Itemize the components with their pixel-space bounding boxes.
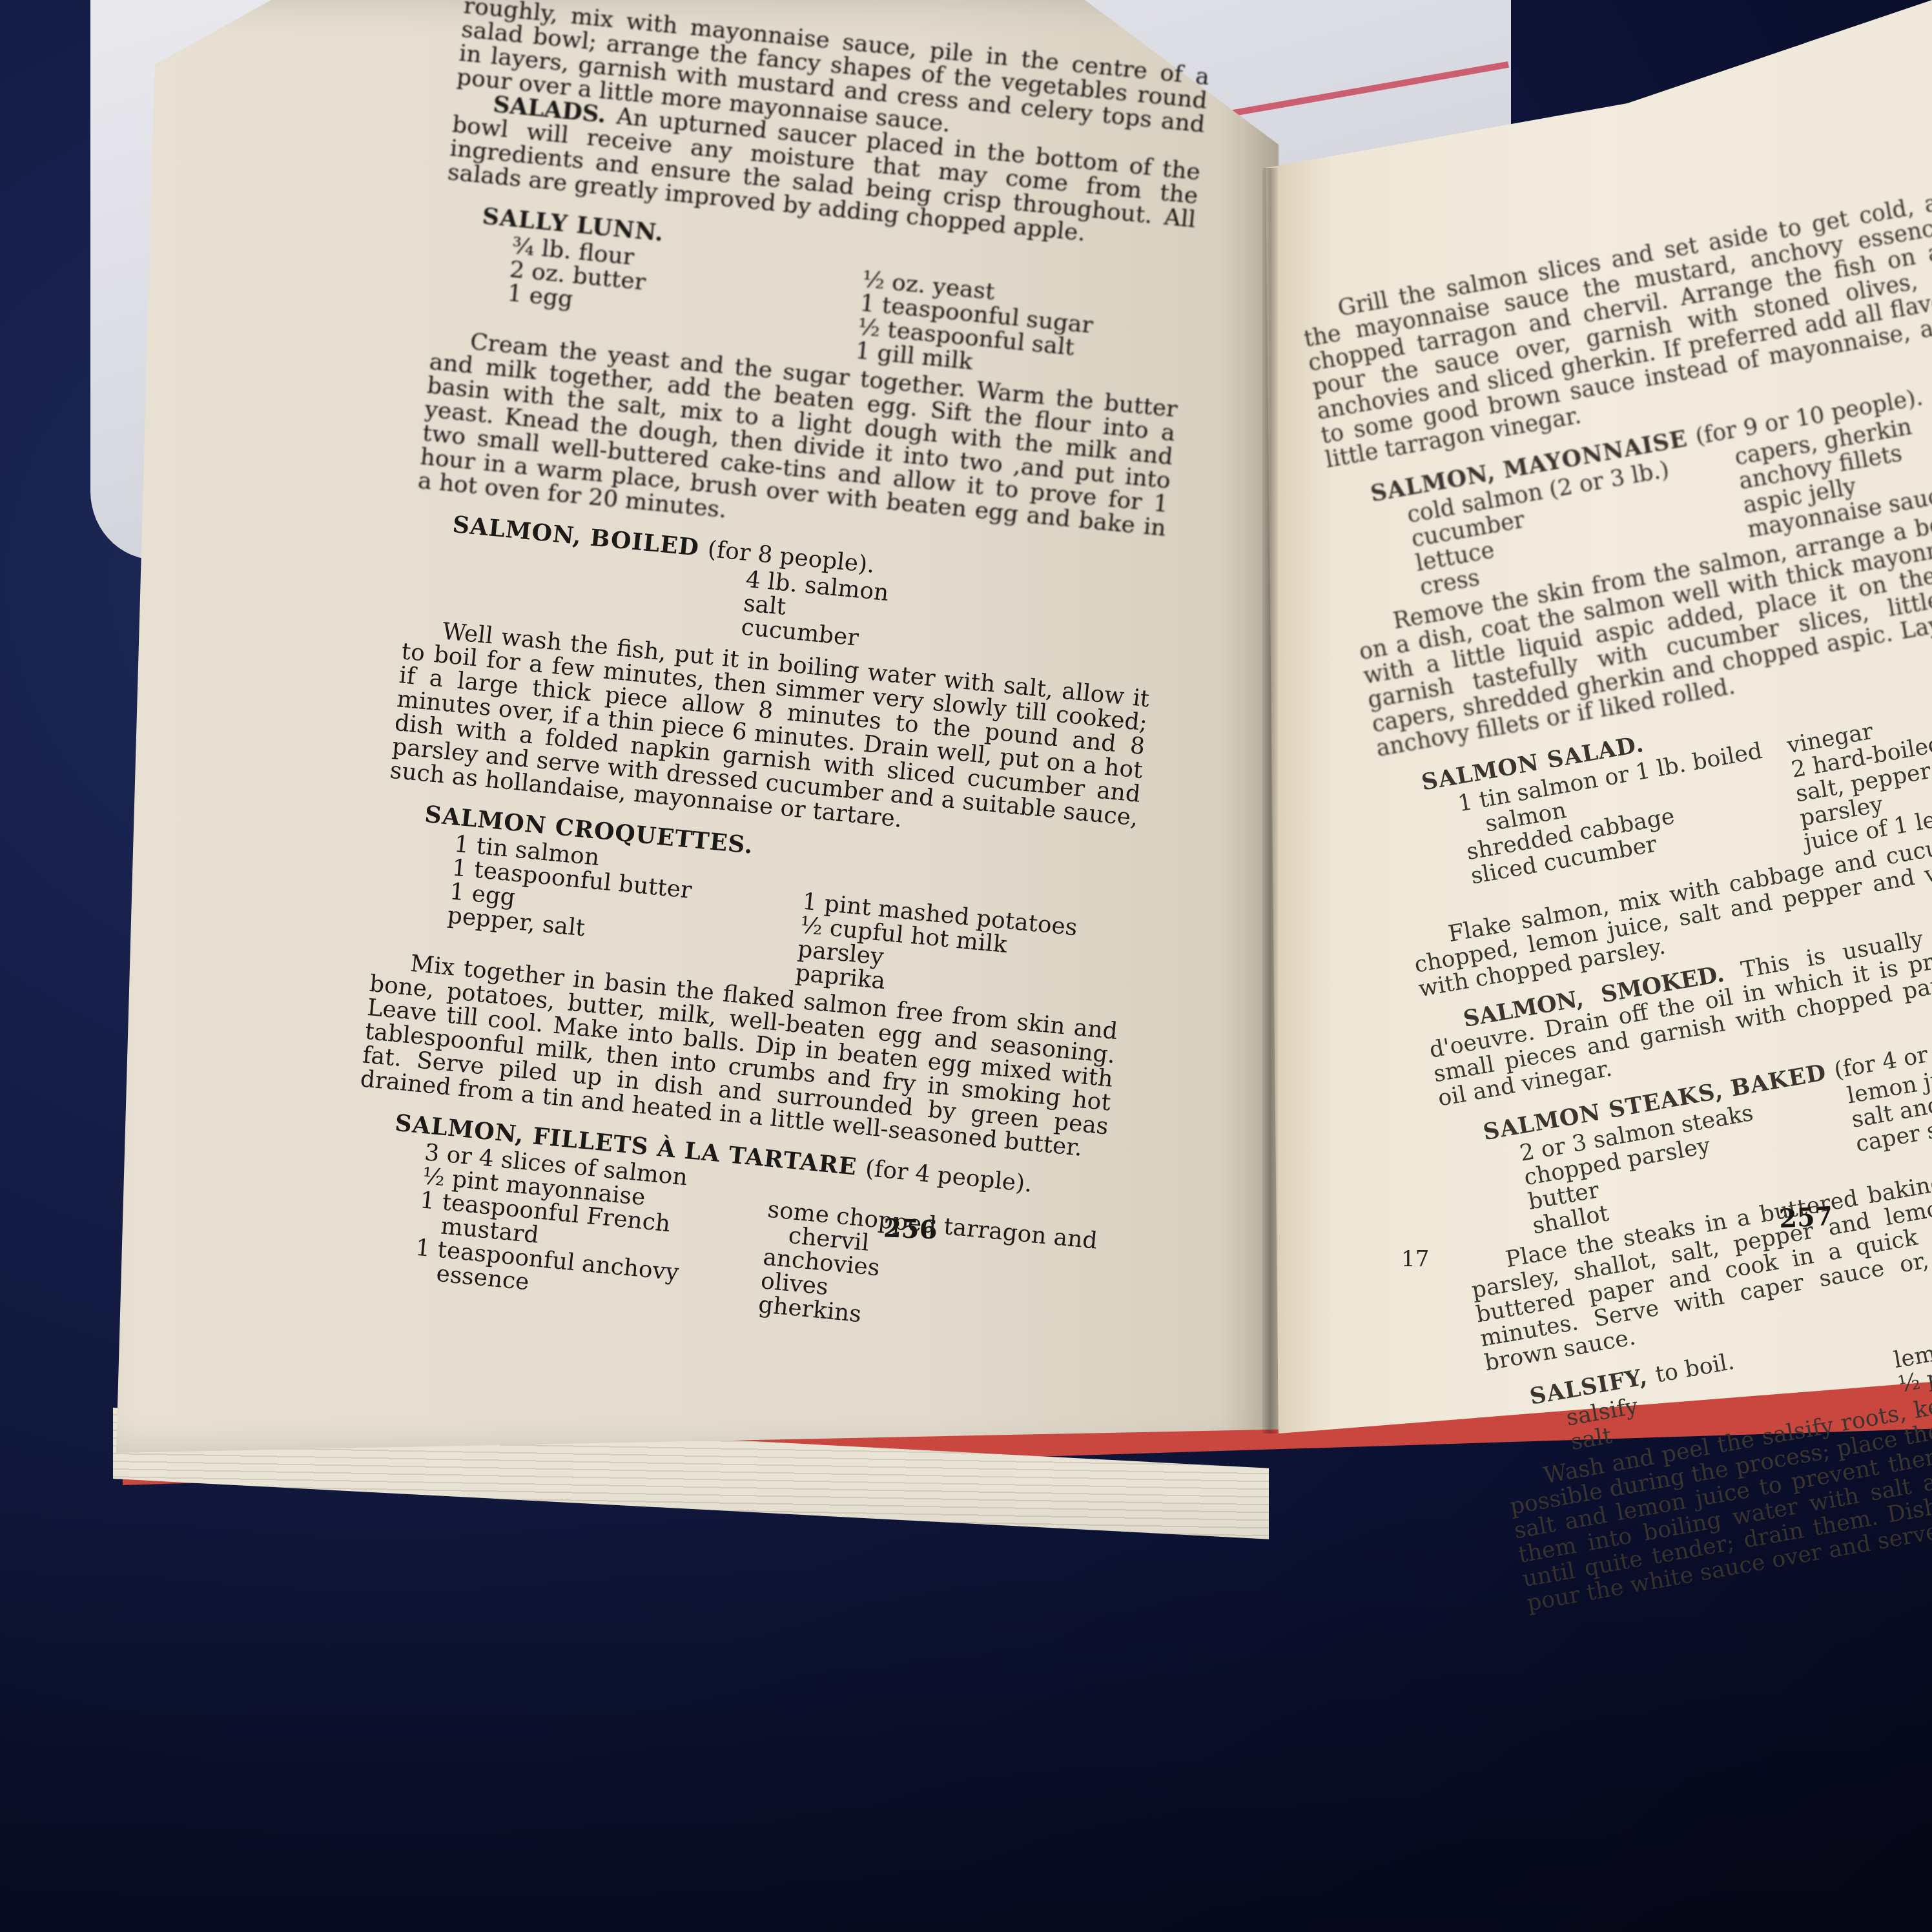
recipe-salmon-croquettes: SALMON CROQUETTES. 1 tin salmon 1 teaspo… <box>359 799 1133 1162</box>
recipe-sally-lunn: SALLY LUNN. ¾ lb. flour 2 oz. butter 1 e… <box>417 201 1191 564</box>
tablecloth-shadow <box>0 1480 1932 1932</box>
signature-mark: 17 <box>1401 1246 1429 1272</box>
left-page-text: roughly, mix with mayonnaise sauce, pile… <box>341 0 1211 1352</box>
page-number-left: 256 <box>883 1213 938 1246</box>
book-gutter <box>1262 168 1278 1434</box>
recipe-salmon-boiled: SALMON, BOILED (for 8 people). 4 lb. sal… <box>389 509 1160 854</box>
page-number-right: 257 <box>1778 1201 1834 1234</box>
